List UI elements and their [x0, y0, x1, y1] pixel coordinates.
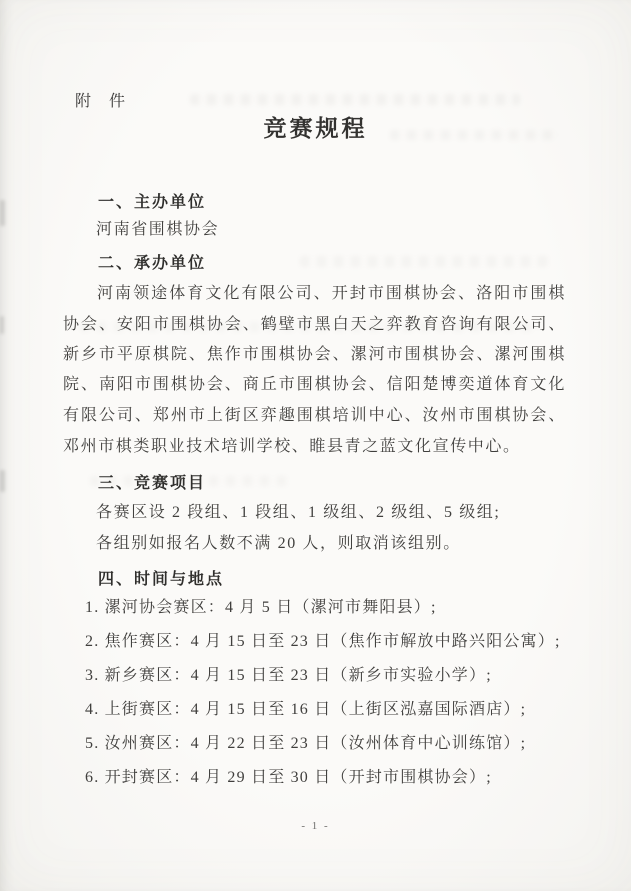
scan-artifact: [190, 94, 520, 105]
scan-edge-mark: [0, 316, 4, 334]
section-3-line: 各赛区设 2 段组、1 段组、1 级组、2 级组、5 级组;: [96, 502, 500, 524]
section-3-heading: 三、竞赛项目: [98, 470, 206, 493]
document-page: 附 件 竞赛规程 一、主办单位 河南省围棋协会 二、承办单位 河南领途体育文化有…: [0, 0, 631, 891]
section-2-line: 协会、安阳市围棋协会、鹤壁市黑白天之弈教育咨询有限公司、: [63, 314, 566, 336]
section-1-body: 河南省围棋协会: [96, 219, 219, 241]
schedule-item: 6. 开封赛区：4 月 29 日至 30 日（开封市围棋协会）;: [85, 767, 577, 789]
page-number: - 1 -: [0, 820, 631, 832]
scan-edge-mark: [0, 200, 5, 226]
page-title: 竞赛规程: [0, 110, 631, 143]
schedule-item: 2. 焦作赛区：4 月 15 日至 23 日（焦作市解放中路兴阳公寓）;: [85, 631, 577, 653]
schedule-item: 5. 汝州赛区：4 月 22 日至 23 日（汝州体育中心训练馆）;: [85, 733, 577, 755]
section-2-line: 有限公司、郑州市上街区弈趣围棋培训中心、汝州市围棋协会、: [63, 405, 566, 427]
schedule-item: 1. 漯河协会赛区：4 月 5 日（漯河市舞阳县）;: [85, 597, 577, 619]
scan-edge-mark: [0, 470, 5, 492]
section-2-line: 院、南阳市围棋协会、商丘市围棋协会、信阳楚博奕道体育文化: [63, 374, 566, 396]
section-2-heading: 二、承办单位: [98, 250, 206, 273]
schedule-item: 4. 上街赛区：4 月 15 日至 16 日（上街区泓嘉国际酒店）;: [85, 699, 577, 721]
section-1-heading: 一、主办单位: [98, 189, 206, 212]
section-3-line: 各组别如报名人数不满 20 人，则取消该组别。: [96, 533, 461, 555]
section-2-line: 新乡市平原棋院、焦作市围棋协会、漯河市围棋协会、漯河围棋: [63, 344, 566, 366]
scan-artifact: [300, 256, 550, 267]
section-4-heading: 四、时间与地点: [98, 566, 224, 589]
section-2-line: 河南领途体育文化有限公司、开封市围棋协会、洛阳市围棋: [63, 283, 566, 305]
section-2-line: 邓州市棋类职业技术培训学校、睢县青之蓝文化宣传中心。: [63, 436, 566, 458]
schedule-item: 3. 新乡赛区：4 月 15 日至 23 日（新乡市实验小学）;: [85, 665, 577, 687]
attachment-label: 附 件: [75, 88, 126, 111]
